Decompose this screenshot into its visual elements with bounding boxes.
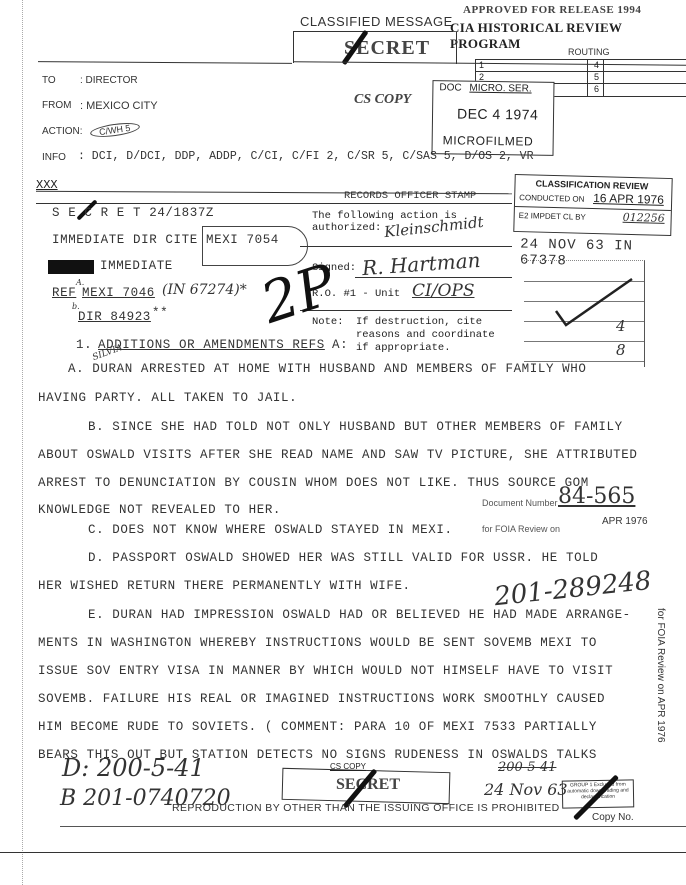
header-divider xyxy=(293,31,294,63)
routing-rule-2 xyxy=(475,71,686,72)
para1-number: 1. xyxy=(76,338,92,352)
body-line-e5: HIM BECOME RUDE TO SOVIETS. ( COMMENT: P… xyxy=(38,720,597,734)
header-rule xyxy=(293,61,686,65)
note-line2: reasons and coordinate xyxy=(356,329,495,341)
release-divider xyxy=(456,32,457,64)
side-foia-review: for FOIA Review on APR 1976 xyxy=(655,608,666,743)
classified-message-title: CLASSIFIED MESSAGE xyxy=(300,14,453,29)
release-stamp-line1: APPROVED FOR RELEASE 1994 xyxy=(463,4,641,16)
message-precedence: IMMEDIATE DIR CITE xyxy=(52,233,198,247)
date-handwritten: 24 Nov 63 xyxy=(484,780,568,799)
review-divider xyxy=(515,206,671,211)
action-value: C/WH 5 xyxy=(89,121,140,140)
reproduction-notice: REPRODUCTION BY OTHER THAN THE ISSUING O… xyxy=(172,802,560,814)
review-impdet-value: 012256 xyxy=(623,211,665,225)
message-dtg: S E C R E T 24/1837Z xyxy=(52,206,214,220)
microfilm-doc: DOC xyxy=(439,82,461,93)
page-edge-marks xyxy=(22,0,23,885)
review-conducted-date: 16 APR 1976 xyxy=(593,191,664,207)
footer-rule-2 xyxy=(0,852,686,853)
review-title: CLASSIFICATION REVIEW xyxy=(535,178,648,191)
body-line-e1: E. DURAN HAD IMPRESSION OSWALD HAD OR BE… xyxy=(88,608,631,622)
header-rule-left xyxy=(38,61,292,64)
redacted-block xyxy=(48,258,94,276)
message-cite: MEXI 7054 xyxy=(206,233,279,247)
body-line-b4: KNOWLEDGE NOT REVEALED TO HER. xyxy=(38,503,281,517)
ref-a-handwritten: (IN 67274)* xyxy=(162,282,247,298)
info-label: INFO xyxy=(42,152,66,163)
ref-label: REF xyxy=(52,286,76,300)
from-label: FROM xyxy=(42,100,71,111)
routing-mid2 xyxy=(603,59,604,96)
foia-review-label: for FOIA Review on xyxy=(482,524,560,534)
body-line-d2: HER WISHED RETURN THERE PERMANENTLY WITH… xyxy=(38,579,411,593)
disposition-grid: 4 8 xyxy=(524,260,645,367)
records-officer-title: RECORDS OFFICER STAMP xyxy=(344,190,476,202)
body-line-e4: SOVEMB. FAILURE HIS REAL OR IMAGINED INS… xyxy=(38,692,605,706)
signed-rule xyxy=(355,277,512,278)
authorized-line2: authorized: xyxy=(312,222,381,234)
ref-b: DIR 84923 xyxy=(78,310,151,324)
document-number-label: Document Number xyxy=(482,498,558,508)
ref-a: MEXI 7046 xyxy=(82,286,155,300)
body-line-e3: ISSUE SOV ENTRY VISA IN MANNER BY WHICH … xyxy=(38,664,613,678)
para1-suffix: A: xyxy=(332,338,348,352)
routing-title: ROUTING xyxy=(568,47,610,57)
d-file-number: D: 200-5-41 xyxy=(62,754,205,782)
file-number-handwritten: 201-289248 xyxy=(493,566,653,612)
copy-number: Copy No. xyxy=(592,812,634,823)
body-line-a2: HAVING PARTY. ALL TAKEN TO JAIL. xyxy=(38,391,297,405)
microfilm-micro-ser: MICRO. SER. xyxy=(469,83,531,95)
routing-mid xyxy=(587,59,588,96)
review-conducted-label: CONDUCTED ON xyxy=(519,193,585,204)
routing-slot-4: 4 xyxy=(594,60,599,70)
routing-slot-1: 1 xyxy=(479,60,484,70)
review-impdet-label: E2 IMPDET CL BY xyxy=(519,211,586,222)
cs-copy-stamp: CS COPY xyxy=(354,92,411,108)
para1-heading: ADDITIONS OR AMENDMENTS REFS xyxy=(98,338,325,352)
classification-review-stamp: CLASSIFICATION REVIEW CONDUCTED ON 16 AP… xyxy=(513,174,672,236)
ro-unit-value: CI/OPS xyxy=(412,281,474,301)
microfilm-label: MICROFILMED xyxy=(443,133,534,148)
footer-rule-1 xyxy=(60,826,686,827)
body-line-d1: D. PASSPORT OSWALD SHOWED HER WAS STILL … xyxy=(88,551,598,565)
info-value: : DCI, D/DCI, DDP, ADDP, C/CI, C/FI 2, C… xyxy=(78,150,533,163)
body-top-rule xyxy=(36,203,300,204)
to-label: TO xyxy=(42,75,56,86)
from-value: : MEXICO CITY xyxy=(80,100,158,112)
note-line1: If destruction, cite xyxy=(356,316,482,328)
foia-review-date: APR 1976 xyxy=(602,516,648,527)
document-number: 84-565 xyxy=(558,484,635,509)
ref-b-suffix: ** xyxy=(152,306,168,320)
routing-slot-5: 5 xyxy=(594,72,599,82)
routing-slot-6: 6 xyxy=(594,84,599,94)
signed-signature: R. Hartman xyxy=(361,248,481,280)
to-value: : DIRECTOR xyxy=(80,75,138,86)
microfilm-date: DEC 4 1974 xyxy=(457,105,538,122)
note-line3: if appropriate. xyxy=(356,342,451,354)
ro-rule-top xyxy=(300,203,512,204)
body-line-b1: B. SINCE SHE HAD TOLD NOT ONLY HUSBAND B… xyxy=(88,420,623,434)
body-line-e2: MENTS IN WASHINGTON WHEREBY INSTRUCTIONS… xyxy=(38,636,597,650)
body-line-c: C. DOES NOT KNOW WHERE OSWALD STAYED IN … xyxy=(88,523,453,537)
crossed-file-number: 200-5-41 xyxy=(498,760,556,775)
microfilm-stamp: DOC MICRO. SER. DEC 4 1974 MICROFILMED xyxy=(431,80,554,156)
routing-rule-1 xyxy=(475,59,686,60)
body-line-a1: A. DURAN ARRESTED AT HOME WITH HUSBAND A… xyxy=(68,362,586,376)
action-label: ACTION: xyxy=(42,126,83,137)
ro-rule-2 xyxy=(300,246,512,247)
body-line-b3: ARREST TO DENUNCIATION BY COUSIN WHOM DO… xyxy=(38,476,589,490)
header-box-top xyxy=(293,31,453,32)
footer-cs-copy: CS COPY xyxy=(330,762,366,771)
message-precedence2: IMMEDIATE xyxy=(100,259,173,273)
body-line-b2: ABOUT OSWALD VISITS AFTER SHE READ NAME … xyxy=(38,448,638,462)
